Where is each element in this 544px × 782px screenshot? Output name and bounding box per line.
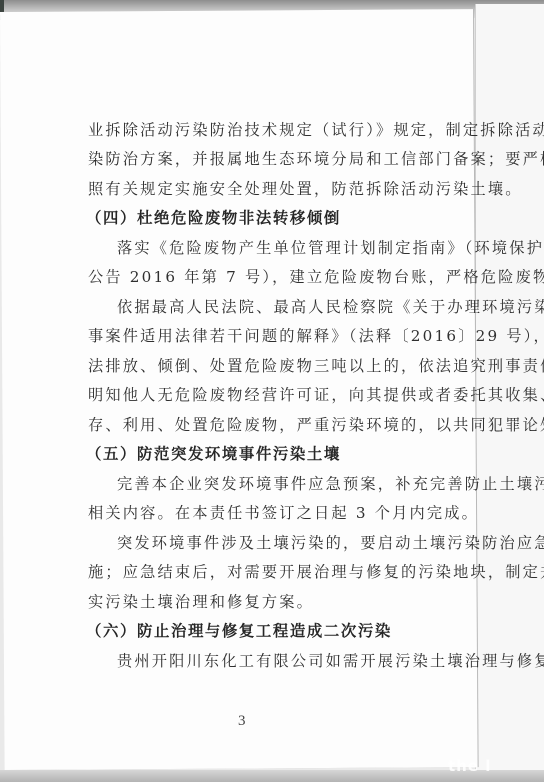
body-line: 落实《危险废物产生单位管理计划制定指南》（环境保护部 [117, 238, 544, 258]
body-line: 法排放、倾倒、处置危险废物三吨以上的，依法追究刑事责任； [88, 356, 544, 376]
body-line: 明知他人无危险废物经营许可证，向其提供或者委托其收集、贮 [88, 385, 544, 405]
body-line: 事案件适用法律若干问题的解释》（法释〔2016〕29 号），对非 [88, 326, 544, 346]
body-line: 公告 2016 年第 7 号），建立危险废物台账，严格危险废物管理。 [88, 267, 544, 287]
body-line: 贵州开阳川东化工有限公司如需开展污染土壤治理与修复， [117, 651, 544, 671]
body-line: 存、利用、处置危险废物，严重污染环境的，以共同犯罪论处。 [88, 415, 544, 435]
body-line: 突发环境事件涉及土壤污染的，要启动土壤污染防治应急措 [117, 533, 544, 553]
body-line: 完善本企业突发环境事件应急预案，补充完善防止土壤污染 [117, 474, 544, 494]
body-line: 实污染土壤治理和修复方案。 [88, 592, 314, 612]
section-heading-5: （五）防范突发环境事件污染土壤 [86, 444, 341, 464]
body-line: 照有关规定实施安全处理处置，防范拆除活动污染土壤。 [88, 179, 523, 199]
body-line: 染防治方案，并报属地生态环境分局和工信部门备案；要严格按 [88, 149, 544, 169]
body-line: 业拆除活动污染防治技术规定（试行）》规定，制定拆除活动污 [88, 120, 544, 140]
body-line: 施；应急结束后，对需要开展治理与修复的污染地块，制定并落 [88, 562, 544, 582]
page-number: 3 [238, 713, 246, 730]
body-line: 依据最高人民法院、最高人民检察院《关于办理环境污染刑 [117, 297, 544, 317]
body-line: 相关内容。在本责任书签订之日起 3 个月内完成。 [88, 503, 479, 523]
section-heading-6: （六）防止治理与修复工程造成二次污染 [86, 621, 392, 641]
watermark: the l [448, 757, 491, 775]
document-body: 业拆除活动污染防治技术规定（试行）》规定，制定拆除活动污 染防治方案，并报属地生… [0, 0, 544, 782]
section-heading-4: （四）杜绝危险废物非法转移倾倒 [86, 208, 341, 228]
